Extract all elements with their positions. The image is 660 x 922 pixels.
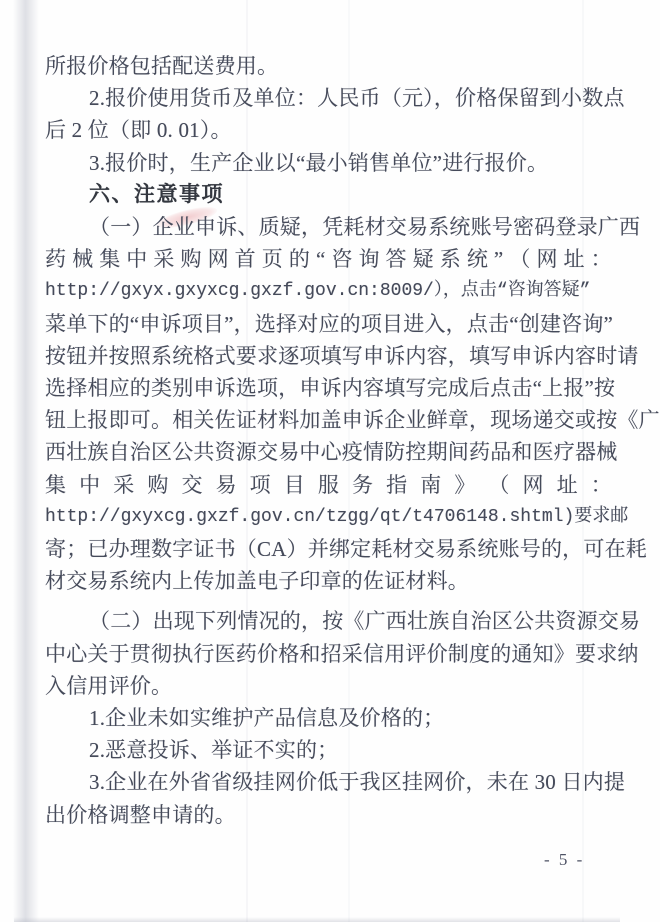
doc-line: 2.恶意投诉、举证不实的； <box>45 734 612 766</box>
doc-line: 寄；已办理数字证书（CA）并绑定耗材交易系统账号的，可在耗 <box>45 533 612 565</box>
section-heading: 六、注意事项 <box>45 179 612 211</box>
doc-line: 3.企业在外省省级挂网价低于我区挂网价，未在 30 日内提 <box>45 766 612 798</box>
doc-line: 钮上报即可。相关佐证材料加盖申诉企业鲜章，现场递交或按《广 <box>45 404 612 436</box>
doc-line: 出价格调整申请的。 <box>45 799 612 831</box>
scan-shadow-left <box>13 0 39 922</box>
doc-line: 集中采购交易项目服务指南》（网址： <box>45 469 612 501</box>
doc-line: 3.报价时，生产企业以“最小销售单位”进行报价。 <box>45 147 612 179</box>
scan-shadow-bottom <box>14 917 620 922</box>
doc-line-url: http://gxyxcg.gxzf.gov.cn/tzgg/qt/t47061… <box>45 501 612 533</box>
doc-line-url: http://gxyx.gxyxcg.gxzf.gov.cn:8009/），点击… <box>45 275 612 307</box>
doc-line: 后 2 位（即 0. 01）。 <box>45 114 612 146</box>
page-number: - 5 - <box>544 850 585 870</box>
doc-line: 所报价格包括配送费用。 <box>45 50 612 82</box>
doc-line: 中心关于贯彻执行医药价格和招采信用评价制度的通知》要求纳 <box>45 638 612 670</box>
doc-line: （一）企业申诉、质疑，凭耗材交易系统账号密码登录广西 <box>45 211 612 243</box>
doc-line: 入信用评价。 <box>45 670 612 702</box>
doc-line: 1.企业未如实维护产品信息及价格的； <box>45 702 612 734</box>
doc-line: 材交易系统内上传加盖电子印章的佐证材料。 <box>45 565 612 597</box>
doc-line: 按钮并按照系统格式要求逐项填写申诉内容，填写申诉内容时请 <box>45 340 612 372</box>
doc-line: 药械集中采购网首页的“咨询答疑系统”（网址： <box>45 243 612 275</box>
scanned-document-page: 所报价格包括配送费用。 2.报价使用货币及单位：人民币（元），价格保留到小数点 … <box>0 0 660 922</box>
doc-line: （二）出现下列情况的，按《广西壮族自治区公共资源交易 <box>45 605 612 637</box>
doc-line: 西壮族自治区公共资源交易中心疫情防控期间药品和医疗器械 <box>45 436 612 468</box>
doc-line: 菜单下的“申诉项目”，选择对应的项目进入，点击“创建咨询” <box>45 308 612 340</box>
doc-line: 2.报价使用货币及单位：人民币（元），价格保留到小数点 <box>45 82 612 114</box>
doc-line: 选择相应的类别申诉选项，申诉内容填写完成后点击“上报”按 <box>45 372 612 404</box>
document-body: 所报价格包括配送费用。 2.报价使用货币及单位：人民币（元），价格保留到小数点 … <box>45 50 612 831</box>
